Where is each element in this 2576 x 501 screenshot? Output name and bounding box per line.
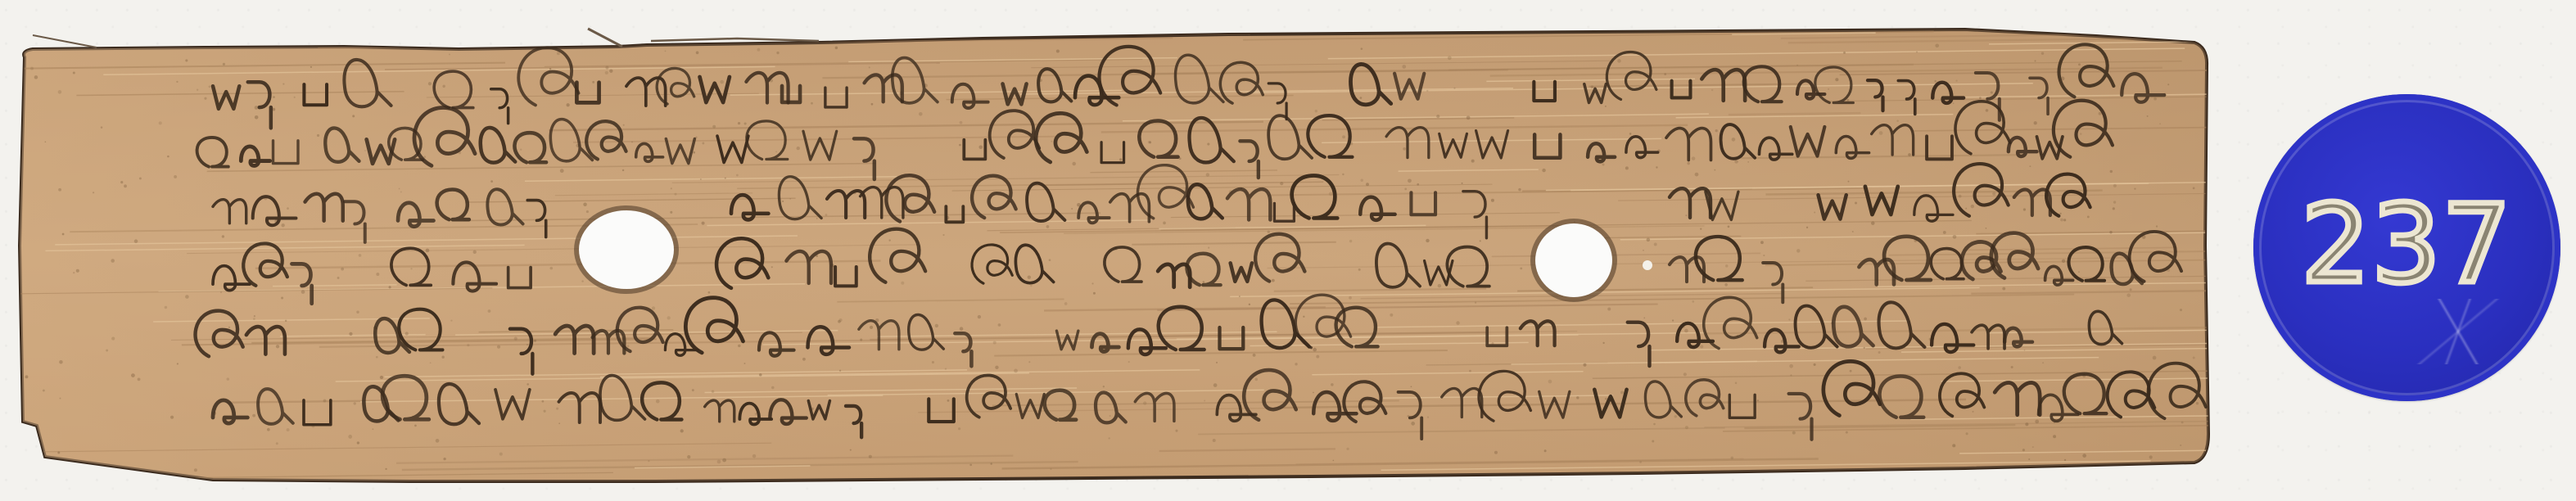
pinhole [1643, 260, 1652, 270]
tag-scratch-marks [2409, 299, 2507, 364]
tag-number: 237 [2253, 191, 2560, 299]
string-hole-2 [1535, 223, 1612, 297]
string-hole-1 [579, 210, 674, 289]
palm-leaf-manuscript [0, 0, 2576, 501]
accession-tag: 237 [2253, 94, 2560, 401]
photo-scene: 237 ஶ்ரீமஹாகணபதயே நமஹ ... அவனது பூமியில்… [0, 0, 2576, 501]
